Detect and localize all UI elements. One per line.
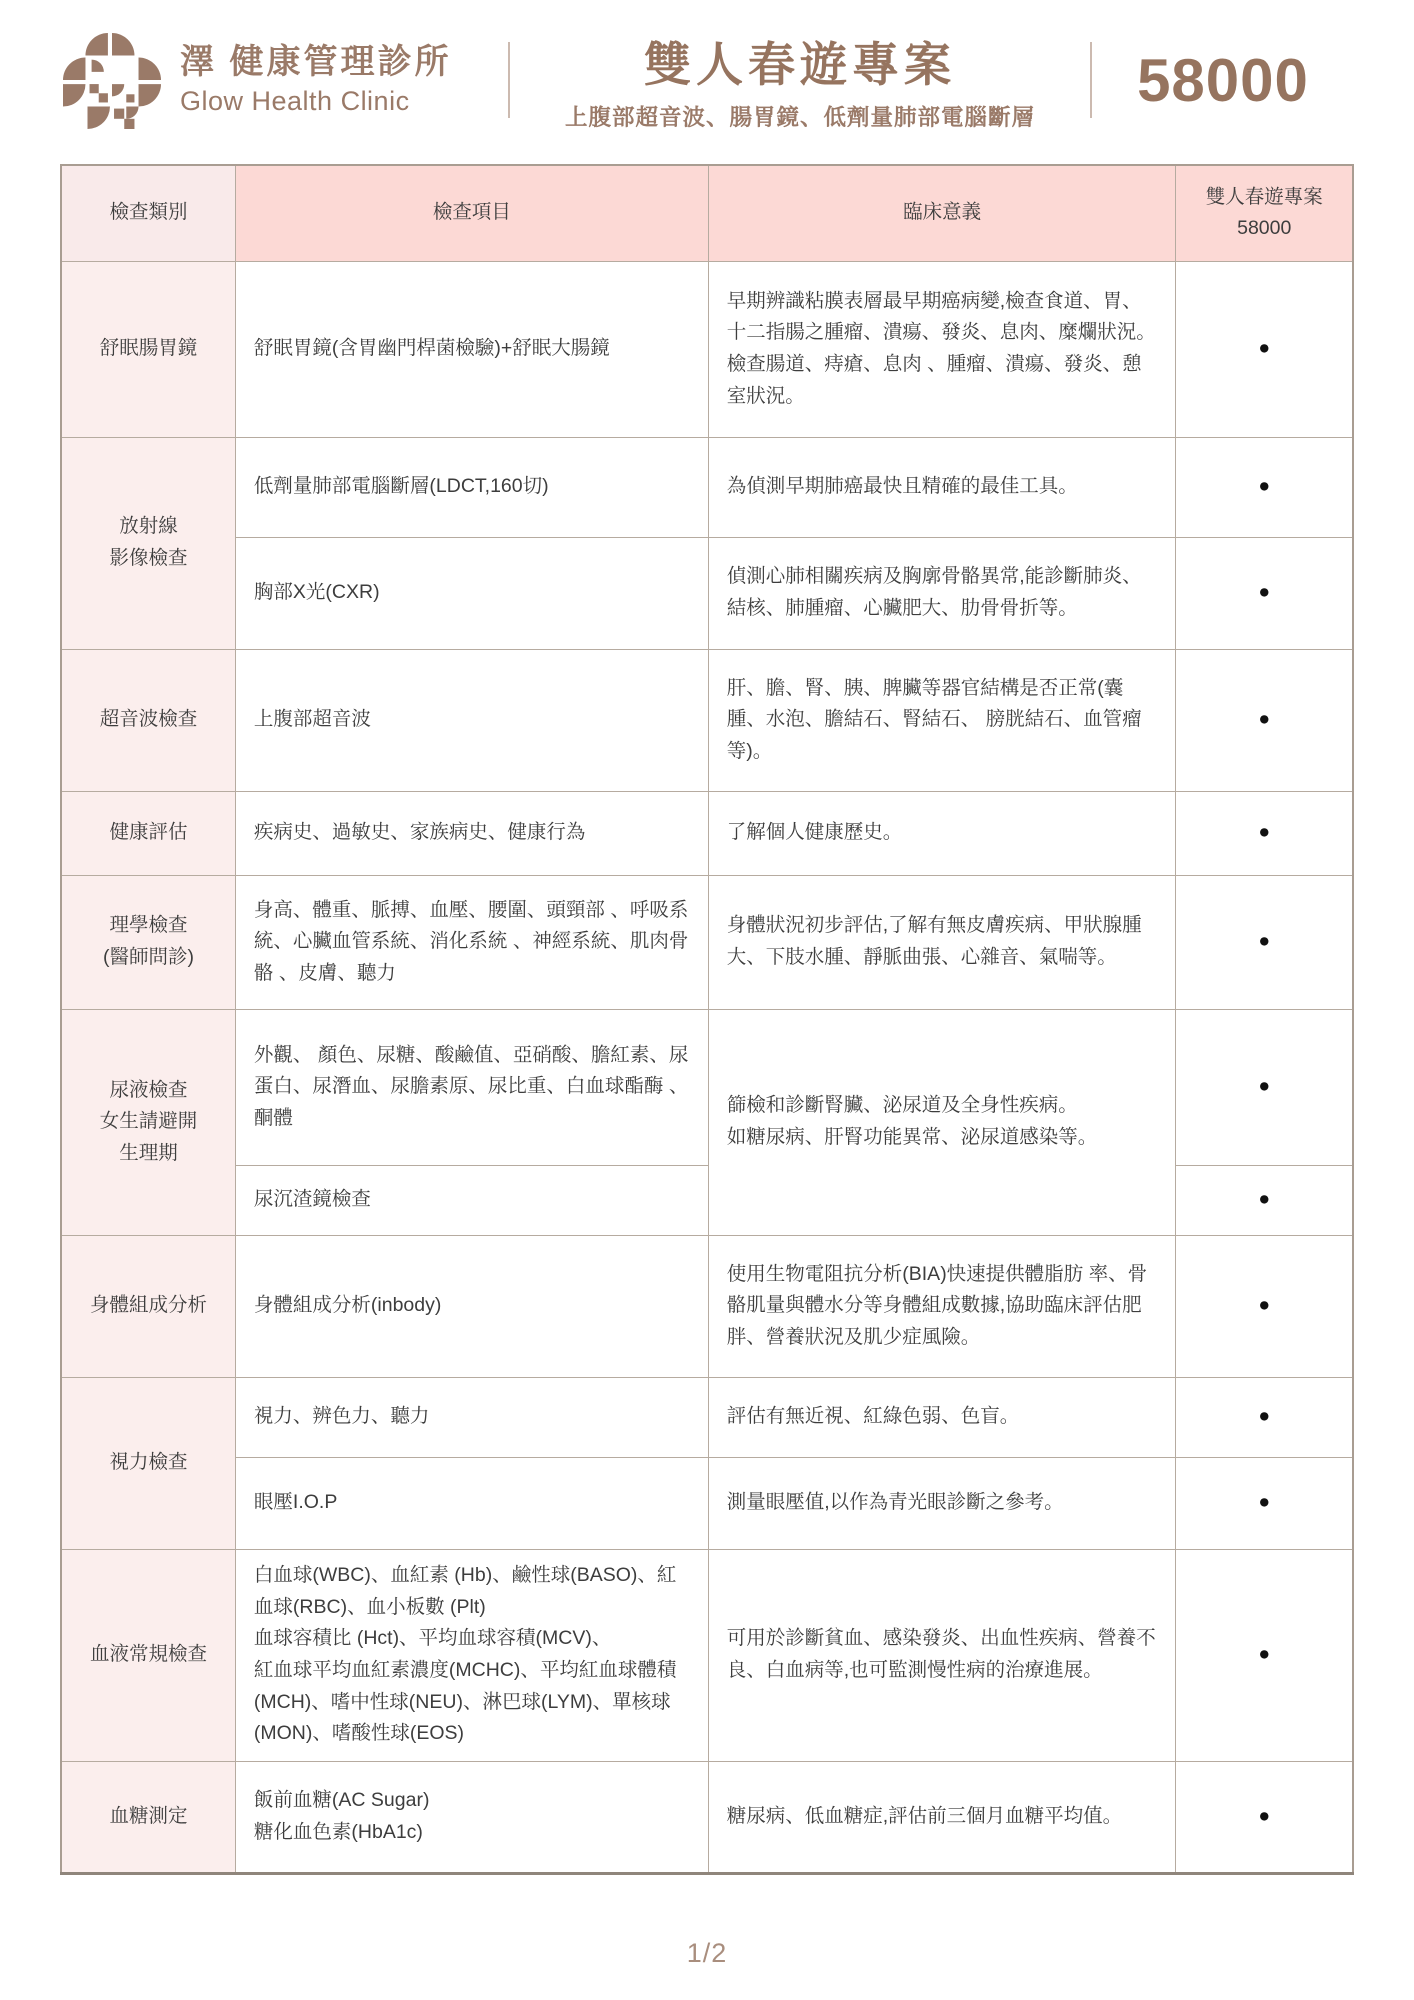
header-plan: 雙人春遊專案58000 (1176, 165, 1353, 261)
included-cell: ● (1176, 1165, 1353, 1235)
plan-price-block: 58000 (1092, 46, 1354, 115)
category-cell: 舒眠腸胃鏡 (61, 261, 235, 437)
table-row: 放射線 影像檢查 低劑量肺部電腦斷層(LDCT,160切) 為偵測早期肺癌最快且… (61, 437, 1353, 537)
item-cell: 眼壓I.O.P (235, 1457, 708, 1549)
clinic-brand: 澤 健康管理診所 Glow Health Clinic (60, 31, 508, 129)
item-cell: 身高、體重、脈搏、血壓、腰圍、頭頸部 、呼吸系統、心臟血管系統、消化系統 、神經… (235, 875, 708, 1009)
category-cell: 血糖測定 (61, 1761, 235, 1873)
included-cell: ● (1176, 261, 1353, 437)
item-cell: 白血球(WBC)、血紅素 (Hb)、鹼性球(BASO)、紅血球(RBC)、血小板… (235, 1549, 708, 1761)
clinic-name: 澤 健康管理診所 Glow Health Clinic (180, 41, 451, 119)
item-cell: 胸部X光(CXR) (235, 537, 708, 649)
meaning-cell: 測量眼壓值,以作為青光眼診斷之參考。 (708, 1457, 1176, 1549)
table-row: 身體組成分析 身體組成分析(inbody) 使用生物電阻抗分析(BIA)快速提供… (61, 1235, 1353, 1377)
page-number: 1/2 (0, 1938, 1414, 1969)
table-row: 理學檢查 (醫師問診) 身高、體重、脈搏、血壓、腰圍、頭頸部 、呼吸系統、心臟血… (61, 875, 1353, 1009)
included-cell: ● (1176, 649, 1353, 791)
plan-subtitle: 上腹部超音波、腸胃鏡、低劑量肺部電腦斷層 (510, 100, 1090, 132)
header-category: 檢查類別 (61, 165, 235, 261)
included-cell: ● (1176, 437, 1353, 537)
category-cell: 放射線 影像檢查 (61, 437, 235, 649)
category-cell: 視力檢查 (61, 1377, 235, 1549)
included-cell: ● (1176, 1549, 1353, 1761)
meaning-cell: 糖尿病、低血糖症,評估前三個月血糖平均值。 (708, 1761, 1176, 1873)
plan-price: 58000 (1137, 47, 1309, 114)
table-row: 血糖測定 飯前血糖(AC Sugar) 糖化血色素(HbA1c) 糖尿病、低血糖… (61, 1761, 1353, 1873)
item-cell: 上腹部超音波 (235, 649, 708, 791)
table-row: 舒眠腸胃鏡 舒眠胃鏡(含胃幽門桿菌檢驗)+舒眠大腸鏡 早期辨識粘膜表層最早期癌病… (61, 261, 1353, 437)
header-meaning: 臨床意義 (708, 165, 1176, 261)
category-cell: 超音波檢查 (61, 649, 235, 791)
table-header-row: 檢查類別 檢查項目 臨床意義 雙人春遊專案58000 (61, 165, 1353, 261)
page-header: 澤 健康管理診所 Glow Health Clinic 雙人春遊專案 上腹部超音… (0, 0, 1414, 134)
meaning-cell: 使用生物電阻抗分析(BIA)快速提供體脂肪 率、骨骼肌量與體水分等身體組成數據,… (708, 1235, 1176, 1377)
table-row: 血液常規檢查 白血球(WBC)、血紅素 (Hb)、鹼性球(BASO)、紅血球(R… (61, 1549, 1353, 1761)
table-row: 眼壓I.O.P 測量眼壓值,以作為青光眼診斷之參考。 ● (61, 1457, 1353, 1549)
category-cell: 血液常規檢查 (61, 1549, 235, 1761)
included-cell: ● (1176, 875, 1353, 1009)
checkup-table: 檢查類別 檢查項目 臨床意義 雙人春遊專案58000 舒眠腸胃鏡 舒眠胃鏡(含胃… (60, 164, 1354, 1875)
included-cell: ● (1176, 1009, 1353, 1165)
table-row: 尿液檢查 女生請避開 生理期 外觀、 顏色、尿糖、酸鹼值、亞硝酸、膽紅素、尿蛋白… (61, 1009, 1353, 1165)
table-row: 胸部X光(CXR) 偵測心肺相關疾病及胸廓骨骼異常,能診斷肺炎、結核、肺腫瘤、心… (61, 537, 1353, 649)
clinic-name-en: Glow Health Clinic (180, 85, 451, 119)
category-cell: 尿液檢查 女生請避開 生理期 (61, 1009, 235, 1235)
header-plan-name: 雙人春遊專案 (1206, 186, 1323, 208)
meaning-cell: 了解個人健康歷史。 (708, 791, 1176, 875)
document-page: 澤 健康管理診所 Glow Health Clinic 雙人春遊專案 上腹部超音… (0, 0, 1414, 2000)
included-cell: ● (1176, 1377, 1353, 1457)
clinic-name-zh: 澤 健康管理診所 (180, 41, 451, 84)
item-cell: 飯前血糖(AC Sugar) 糖化血色素(HbA1c) (235, 1761, 708, 1873)
meaning-cell: 評估有無近視、紅綠色弱、色盲。 (708, 1377, 1176, 1457)
included-cell: ● (1176, 1761, 1353, 1873)
included-cell: ● (1176, 1235, 1353, 1377)
meaning-cell: 偵測心肺相關疾病及胸廓骨骼異常,能診斷肺炎、結核、肺腫瘤、心臟肥大、肋骨骨折等。 (708, 537, 1176, 649)
header-plan-price: 58000 (1237, 217, 1291, 239)
included-cell: ● (1176, 791, 1353, 875)
table-row: 視力檢查 視力、辨色力、聽力 評估有無近視、紅綠色弱、色盲。 ● (61, 1377, 1353, 1457)
table-row: 超音波檢查 上腹部超音波 肝、膽、腎、胰、脾臟等器官結構是否正常(囊腫、水泡、膽… (61, 649, 1353, 791)
item-cell: 外觀、 顏色、尿糖、酸鹼值、亞硝酸、膽紅素、尿蛋白、尿潛血、尿膽素原、尿比重、白… (235, 1009, 708, 1165)
item-cell: 身體組成分析(inbody) (235, 1235, 708, 1377)
meaning-cell: 早期辨識粘膜表層最早期癌病變,檢查食道、胃、十二指腸之腫瘤、潰瘍、發炎、息肉、糜… (708, 261, 1176, 437)
category-cell: 理學檢查 (醫師問診) (61, 875, 235, 1009)
item-cell: 尿沉渣鏡檢查 (235, 1165, 708, 1235)
meaning-cell: 身體狀況初步評估,了解有無皮膚疾病、甲狀腺腫大、下肢水腫、靜脈曲張、心雜音、氣喘… (708, 875, 1176, 1009)
meaning-cell: 篩檢和診斷腎臟、泌尿道及全身性疾病。 如糖尿病、肝腎功能異常、泌尿道感染等。 (708, 1009, 1176, 1235)
header-item: 檢查項目 (235, 165, 708, 261)
category-cell: 身體組成分析 (61, 1235, 235, 1377)
item-cell: 舒眠胃鏡(含胃幽門桿菌檢驗)+舒眠大腸鏡 (235, 261, 708, 437)
table-row: 健康評估 疾病史、過敏史、家族病史、健康行為 了解個人健康歷史。 ● (61, 791, 1353, 875)
clinic-logo-icon (60, 31, 164, 129)
included-cell: ● (1176, 537, 1353, 649)
category-cell: 健康評估 (61, 791, 235, 875)
meaning-cell: 可用於診斷貧血、感染發炎、出血性疾病、營養不良、白血病等,也可監測慢性病的治療進… (708, 1549, 1176, 1761)
item-cell: 視力、辨色力、聽力 (235, 1377, 708, 1457)
meaning-cell: 肝、膽、腎、胰、脾臟等器官結構是否正常(囊腫、水泡、膽結石、腎結石、 膀胱結石、… (708, 649, 1176, 791)
included-cell: ● (1176, 1457, 1353, 1549)
plan-title-block: 雙人春遊專案 上腹部超音波、腸胃鏡、低劑量肺部電腦斷層 (510, 28, 1090, 132)
item-cell: 疾病史、過敏史、家族病史、健康行為 (235, 791, 708, 875)
meaning-cell: 為偵測早期肺癌最快且精確的最佳工具。 (708, 437, 1176, 537)
plan-title: 雙人春遊專案 (510, 28, 1090, 95)
item-cell: 低劑量肺部電腦斷層(LDCT,160切) (235, 437, 708, 537)
